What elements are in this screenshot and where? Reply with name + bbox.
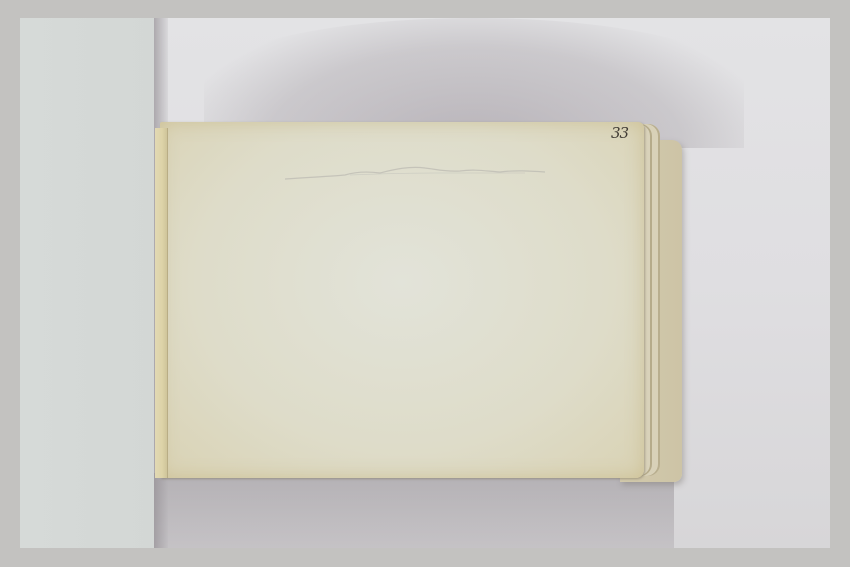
page-number: 33 — [611, 124, 628, 142]
pencil-horizon-sketch — [285, 163, 545, 183]
book-spine-gutter — [155, 128, 168, 478]
book-shadow-bottom — [154, 473, 674, 548]
left-board — [20, 18, 154, 548]
